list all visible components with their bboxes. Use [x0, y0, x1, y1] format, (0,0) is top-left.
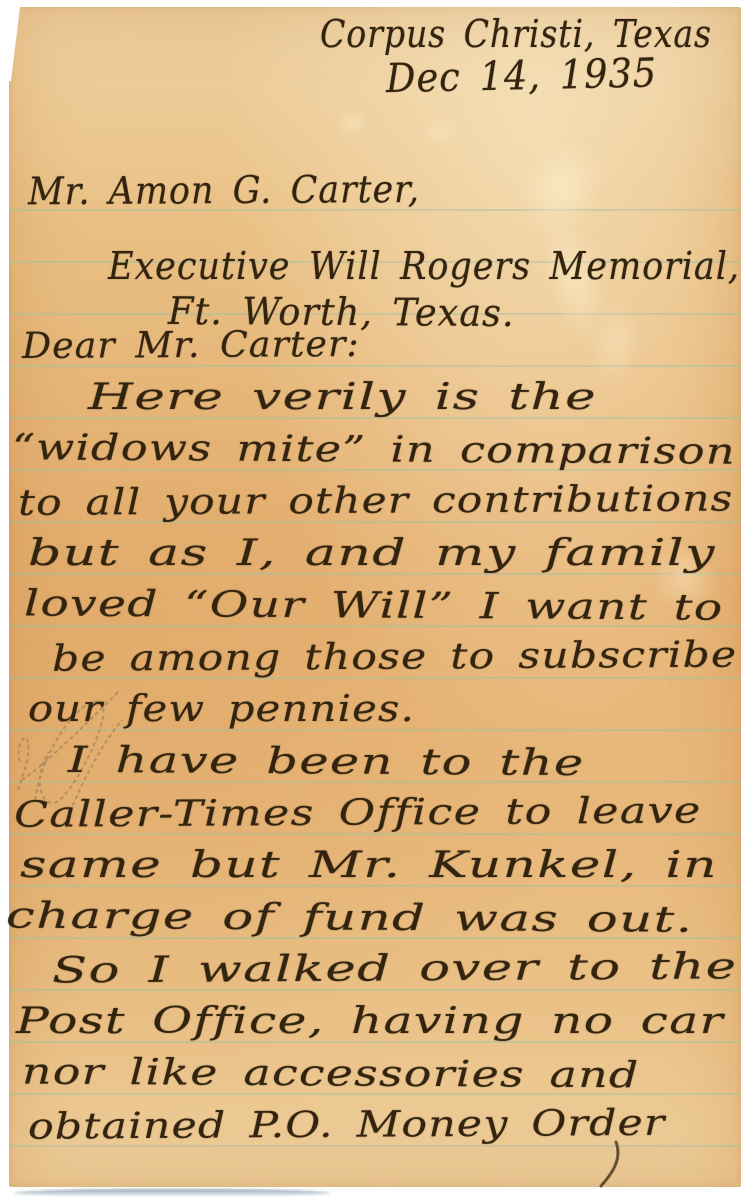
letter-line: our few pennies.	[28, 682, 362, 738]
letter-line: Mr. Amon G. Carter,	[28, 161, 455, 220]
letter-line-text: Caller-Times Office to leave	[14, 783, 702, 843]
letter-line-text: nor like accessories and	[22, 1045, 640, 1105]
letter-line: to all your other contributions	[18, 472, 628, 532]
letter-line-text: Post Office, having no car	[16, 994, 724, 1050]
letter-line: be among those to subscribe	[52, 628, 633, 688]
letter-line: So I walked over to the	[52, 941, 534, 1000]
letter-line: I have been to the	[68, 733, 445, 791]
letter-line-text: to all your other contributions	[18, 471, 734, 531]
letter-line: “widows mite” in comparison	[12, 420, 596, 480]
heading-date-line: Dec 14, 1935	[385, 45, 681, 107]
letter-line-text: but as I, and my family	[28, 526, 716, 582]
scanned-letter: Corpus Christi, Texas Dec 14, 1935 Mr. A…	[0, 0, 746, 1200]
letter-line: Here verily is the	[88, 370, 444, 426]
letter-line-text: Dear Mr. Carter:	[22, 317, 360, 375]
letter-line-text: Here verily is the	[88, 370, 597, 426]
letter-line-text: same but Mr. Kunkel, in	[20, 838, 718, 894]
letter-line-text: So I walked over to the	[52, 939, 738, 999]
letter-line-text: Mr. Amon G. Carter,	[28, 161, 420, 219]
letter-line-text: I have been to the	[68, 733, 585, 792]
heading-date-text: Dec 14, 1935	[385, 45, 657, 107]
letter-line: Caller-Times Office to leave	[14, 784, 570, 843]
letter-line: nor like accessories and	[22, 1045, 508, 1104]
letter-line: but as I, and my family	[28, 526, 504, 582]
letter-line: loved “Our Will” I want to	[24, 576, 558, 635]
letter-line: obtained P.O. Money Order	[28, 1096, 567, 1155]
scan-edge-shadow	[14, 1189, 330, 1197]
letter-line: same but Mr. Kunkel, in	[20, 838, 508, 894]
letter-line-text: be among those to subscribe	[52, 628, 738, 688]
letter-line: Dear Mr. Carter:	[22, 317, 357, 375]
letter-line: charge of fund was out.	[6, 889, 489, 948]
letter-line: Post Office, having no car	[16, 994, 540, 1050]
letter-line-text: obtained P.O. Money Order	[28, 1096, 666, 1156]
letter-content: Corpus Christi, Texas Dec 14, 1935 Mr. A…	[0, 0, 746, 1200]
letter-line-text: our few pennies.	[28, 682, 415, 738]
